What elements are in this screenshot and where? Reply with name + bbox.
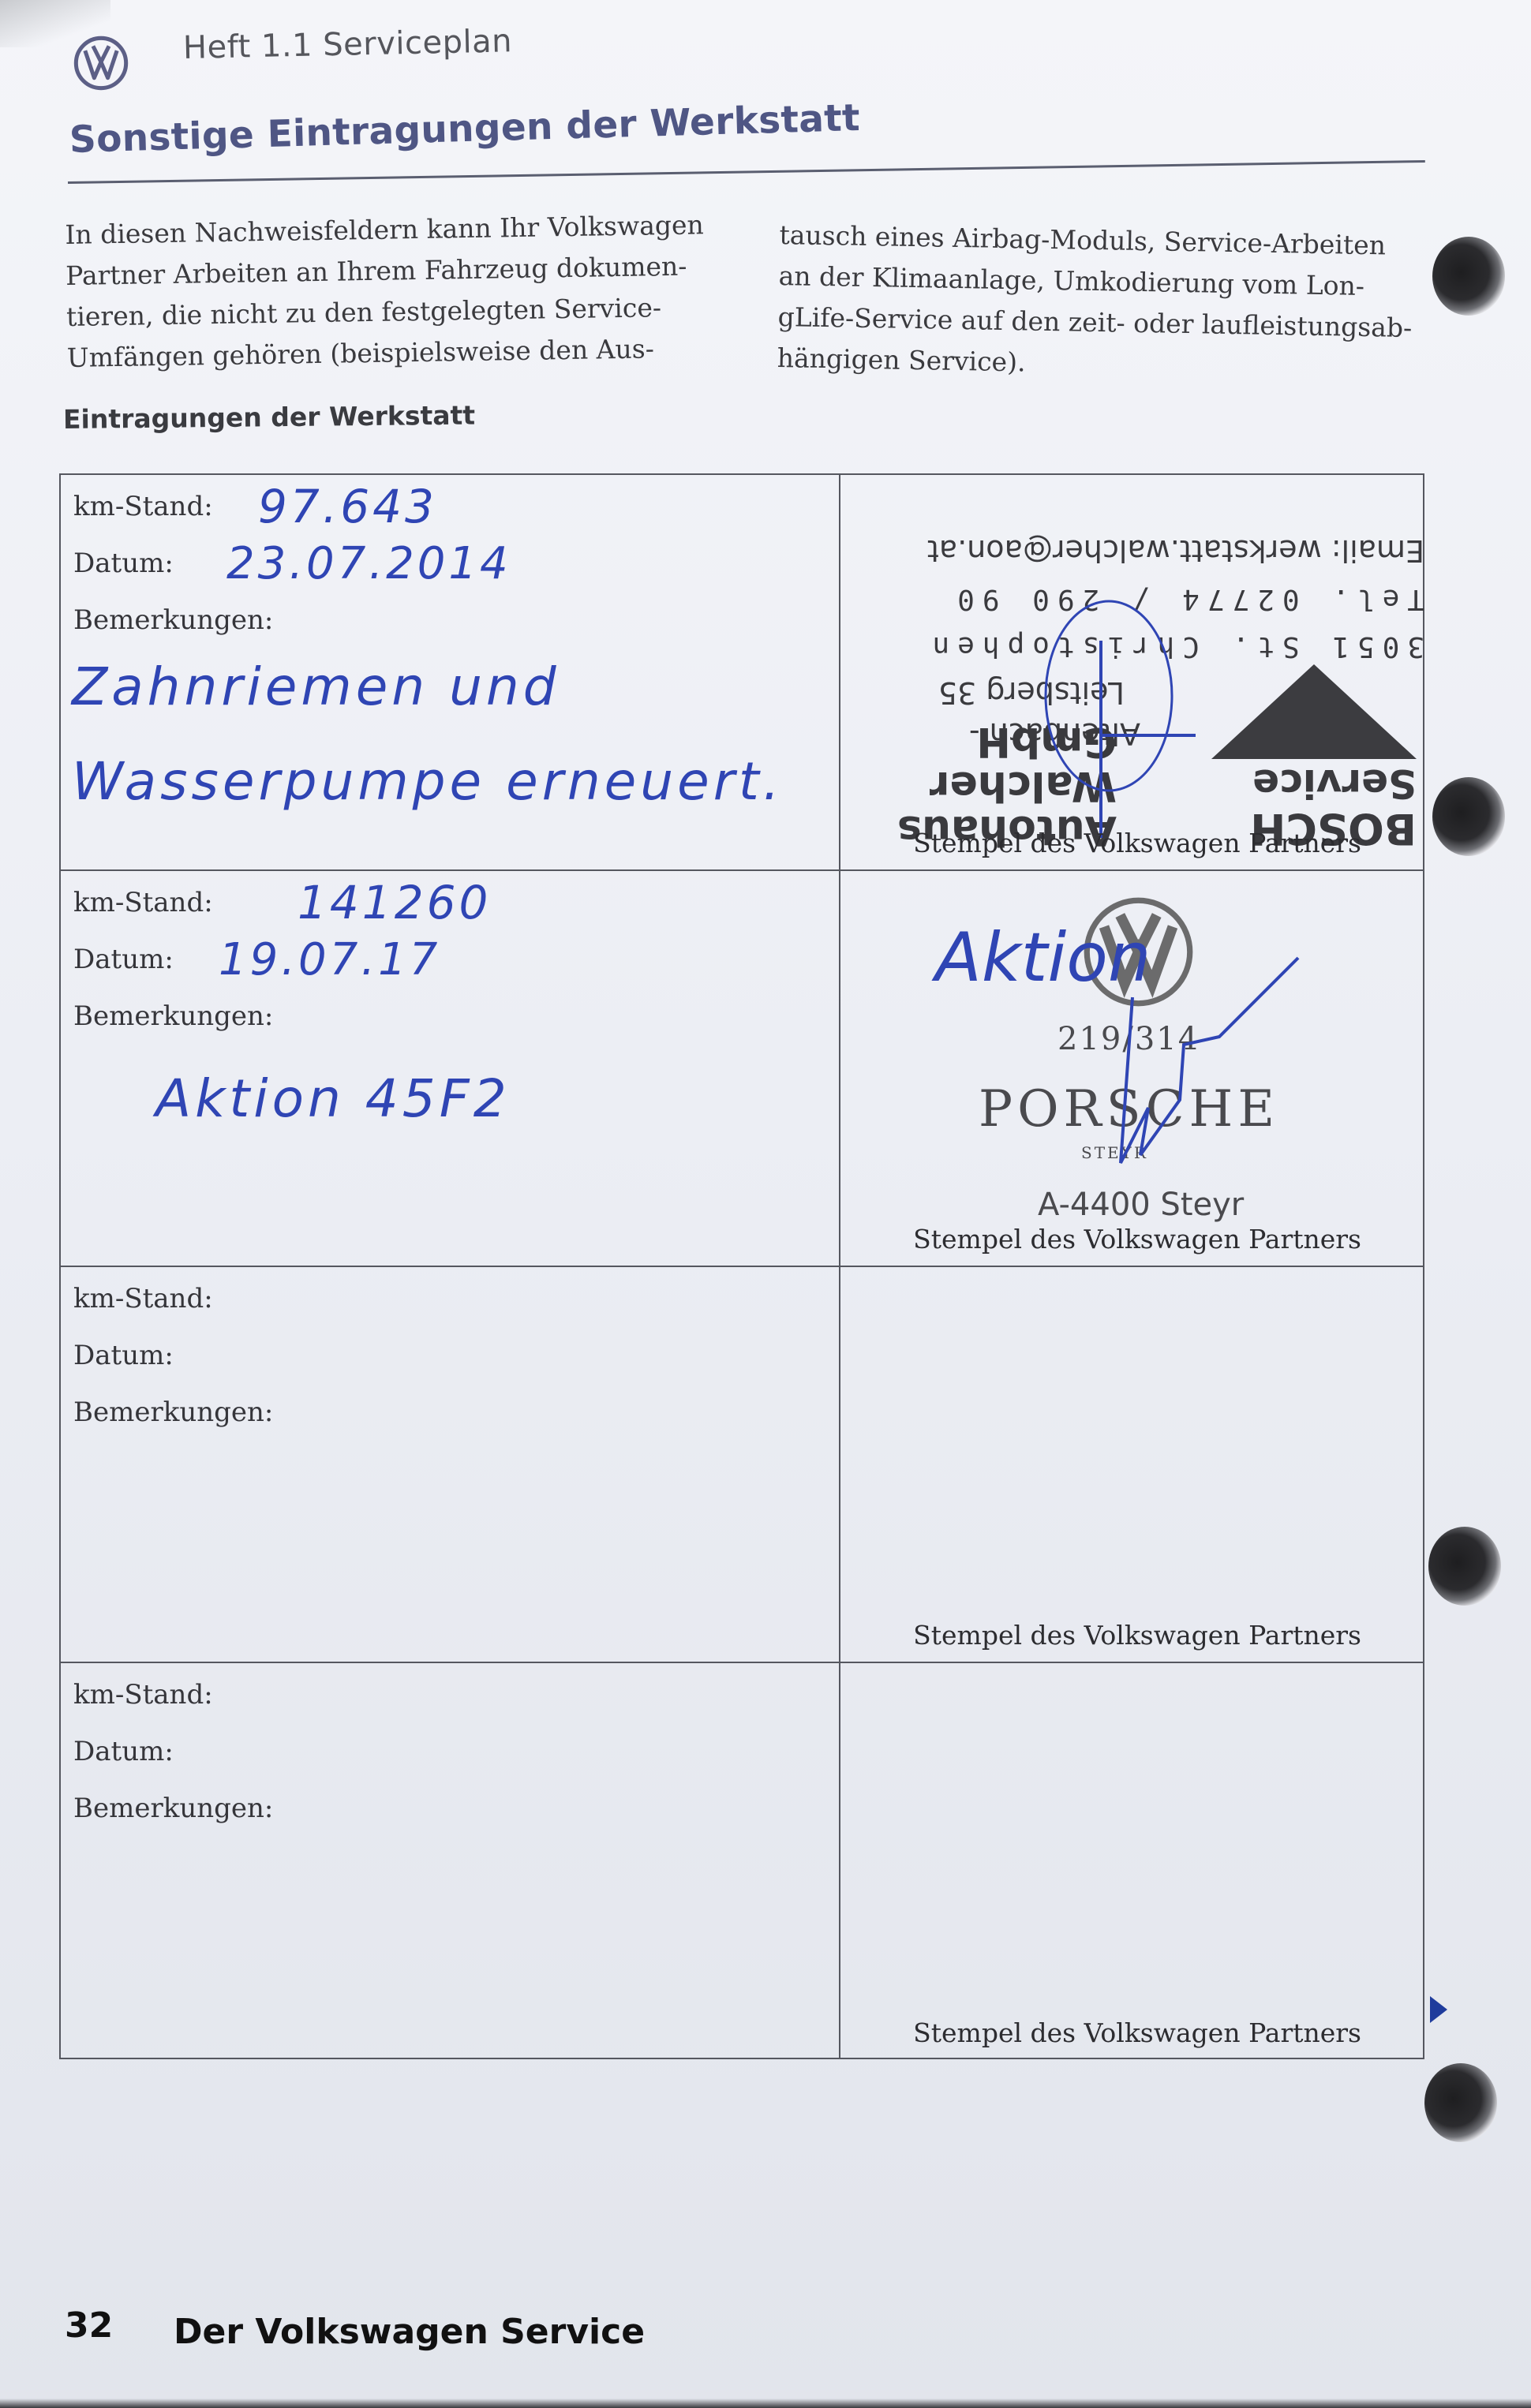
- punch-hole: [1424, 2063, 1497, 2142]
- stamp-cell[interactable]: Stempel des Volkswagen Partners: [840, 1267, 1423, 1662]
- stamp-cell[interactable]: 219/314 PORSCHE STEYR A-4400 Steyr Aktio…: [840, 871, 1423, 1266]
- entry-row: km-Stand: Datum: Bemerkungen: Stempel de…: [61, 1663, 1423, 2059]
- entry-row: km-Stand: 97.643 Datum: 23.07.2014 Bemer…: [61, 475, 1423, 871]
- km-label: km-Stand:: [73, 1679, 213, 1711]
- page-title: Sonstige Eintragungen der Werkstatt: [69, 96, 860, 162]
- signature-text: Aktion: [935, 918, 1151, 997]
- workshop-entries-table: km-Stand: 97.643 Datum: 23.07.2014 Bemer…: [59, 473, 1424, 2059]
- dealer-stamp-walcher: Autohaus Walcher GmbH Altenbach - Leitsb…: [840, 475, 1424, 869]
- date-value: 23.07.2014: [226, 538, 511, 589]
- page-edge-shadow: [0, 2399, 1531, 2408]
- page-number: 32: [65, 2305, 113, 2346]
- stamp-caption: Stempel des Volkswagen Partners: [913, 828, 1361, 858]
- punch-hole: [1432, 777, 1505, 856]
- bosch-service-logo: BOSCH Service: [1211, 664, 1417, 854]
- footer-title: Der Volkswagen Service: [174, 2312, 645, 2352]
- km-label: km-Stand:: [73, 887, 213, 918]
- bosch-roof-icon: [1211, 664, 1417, 759]
- service-book-page: Heft 1.1 Serviceplan Sonstige Eintragung…: [0, 0, 1531, 2408]
- date-value: 19.07.17: [219, 934, 440, 985]
- next-page-arrow-icon: [1430, 1996, 1447, 2023]
- remarks-label: Bemerkungen:: [73, 1397, 273, 1428]
- entry-row: km-Stand: 141260 Datum: 19.07.17 Bemerku…: [61, 871, 1423, 1267]
- punch-hole: [1432, 237, 1505, 316]
- km-value: 141260: [298, 876, 491, 929]
- title-divider: [68, 160, 1425, 184]
- booklet-header: Heft 1.1 Serviceplan: [183, 23, 513, 66]
- date-label: Datum:: [73, 548, 174, 579]
- date-label: Datum:: [73, 944, 174, 975]
- remarks-line: Zahnriemen und: [72, 656, 560, 717]
- entry-details-cell[interactable]: km-Stand: 97.643 Datum: 23.07.2014 Bemer…: [61, 475, 840, 869]
- remarks-label: Bemerkungen:: [73, 604, 273, 636]
- entry-details-cell[interactable]: km-Stand: Datum: Bemerkungen:: [61, 1663, 840, 2059]
- vw-logo-icon: [73, 35, 129, 92]
- entry-row: km-Stand: Datum: Bemerkungen: Stempel de…: [61, 1267, 1423, 1663]
- stamp-caption: Stempel des Volkswagen Partners: [913, 1224, 1361, 1254]
- date-label: Datum:: [73, 1736, 174, 1767]
- km-label: km-Stand:: [73, 1283, 213, 1314]
- stamp-cell[interactable]: Autohaus Walcher GmbH Altenbach - Leitsb…: [840, 475, 1423, 869]
- entry-details-cell[interactable]: km-Stand: Datum: Bemerkungen:: [61, 1267, 840, 1662]
- km-value: 97.643: [258, 480, 437, 533]
- remarks-line: Aktion 45F2: [155, 1068, 511, 1129]
- remarks-line: Wasserpumpe erneuert.: [72, 751, 784, 812]
- entries-heading: Eintragungen der Werkstatt: [63, 400, 475, 435]
- remarks-label: Bemerkungen:: [73, 1000, 273, 1032]
- date-label: Datum:: [73, 1340, 174, 1371]
- remarks-label: Bemerkungen:: [73, 1793, 273, 1824]
- intro-text-right: tausch eines Airbag-Moduls, Service-Arbe…: [777, 215, 1413, 390]
- km-label: km-Stand:: [73, 491, 213, 522]
- stamp-caption: Stempel des Volkswagen Partners: [913, 1620, 1361, 1651]
- stamp-cell[interactable]: Stempel des Volkswagen Partners: [840, 1663, 1423, 2059]
- entry-details-cell[interactable]: km-Stand: 141260 Datum: 19.07.17 Bemerku…: [61, 871, 840, 1266]
- stamp-caption: Stempel des Volkswagen Partners: [913, 2017, 1361, 2048]
- punch-hole: [1428, 1527, 1501, 1606]
- intro-text-left: In diesen Nachweisfeldern kann Ihr Volks…: [65, 204, 706, 379]
